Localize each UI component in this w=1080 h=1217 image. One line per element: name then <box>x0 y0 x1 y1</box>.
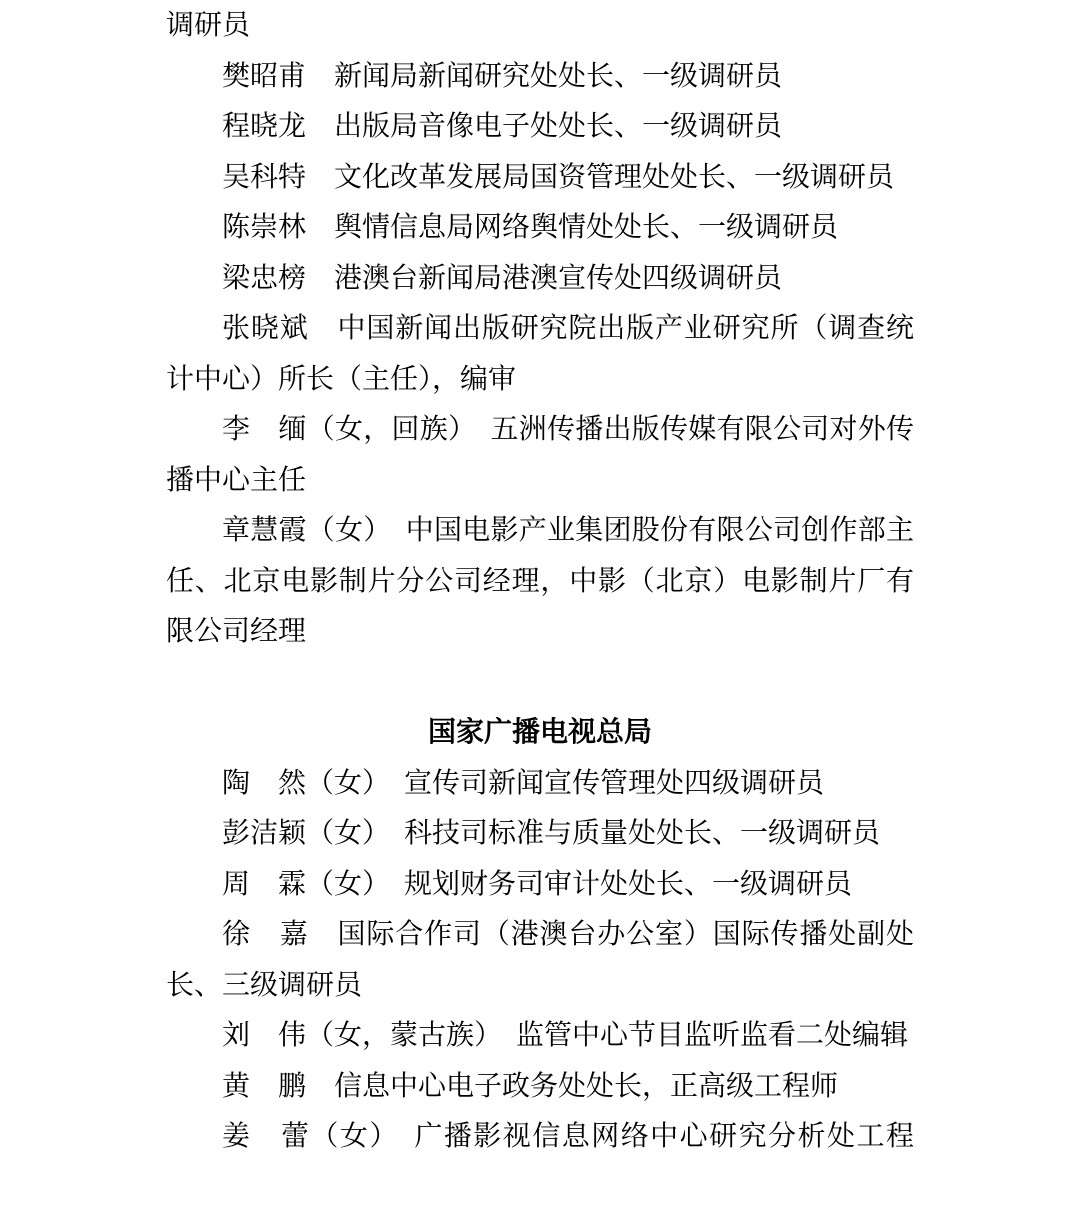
entry-paragraph: 周 霖（女） 规划财务司审计处处长、一级调研员 <box>166 859 914 910</box>
entry-paragraph: 程晓龙 出版局音像电子处处长、一级调研员 <box>166 101 914 152</box>
section-heading: 国家广播电视总局 <box>166 707 914 758</box>
document-body: 调研员 樊昭甫 新闻局新闻研究处处长、一级调研员 程晓龙 出版局音像电子处处长、… <box>166 0 914 1162</box>
entry-paragraph: 吴科特 文化改革发展局国资管理处处长、一级调研员 <box>166 152 914 203</box>
document-page: 调研员 樊昭甫 新闻局新闻研究处处长、一级调研员 程晓龙 出版局音像电子处处长、… <box>0 0 1080 1217</box>
entry-paragraph: 李 缅（女，回族） 五洲传播出版传媒有限公司对外传播中心主任 <box>166 404 914 505</box>
entry-paragraph: 张晓斌 中国新闻出版研究院出版产业研究所（调查统计中心）所长（主任），编审 <box>166 303 914 404</box>
entry-paragraph: 徐 嘉 国际合作司（港澳台办公室）国际传播处副处长、三级调研员 <box>166 909 914 1010</box>
entry-paragraph: 刘 伟（女，蒙古族） 监管中心节目监听监看二处编辑 <box>166 1010 914 1061</box>
entry-paragraph: 黄 鹏 信息中心电子政务处处长，正高级工程师 <box>166 1061 914 1112</box>
continuation-paragraph: 调研员 <box>166 0 914 51</box>
entry-paragraph: 彭洁颖（女） 科技司标准与质量处处长、一级调研员 <box>166 808 914 859</box>
entry-paragraph: 梁忠榜 港澳台新闻局港澳宣传处四级调研员 <box>166 253 914 304</box>
entry-paragraph: 樊昭甫 新闻局新闻研究处处长、一级调研员 <box>166 51 914 102</box>
entry-paragraph: 章慧霞（女） 中国电影产业集团股份有限公司创作部主任、北京电影制片分公司经理，中… <box>166 505 914 657</box>
entry-paragraph: 姜 蕾（女） 广播影视信息网络中心研究分析处工程 <box>166 1111 914 1162</box>
entry-paragraph: 陶 然（女） 宣传司新闻宣传管理处四级调研员 <box>166 758 914 809</box>
entry-paragraph: 陈崇林 舆情信息局网络舆情处处长、一级调研员 <box>166 202 914 253</box>
